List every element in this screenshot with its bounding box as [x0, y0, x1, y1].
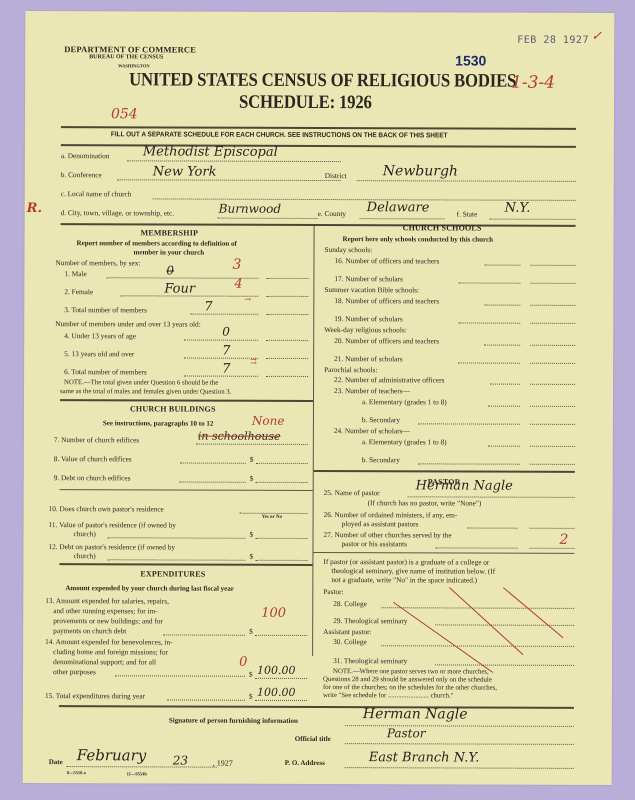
- under-13-label: 4. Under 13 years of age: [64, 331, 136, 340]
- dollar-sign: $: [249, 670, 253, 679]
- po-address-label: P. O. Address: [285, 759, 325, 768]
- signature-field[interactable]: Herman Nagle: [363, 706, 468, 722]
- q26-label-2: ployed as assistant pastors: [342, 519, 419, 528]
- schedule-year: SCHEDULE: 1926: [239, 92, 372, 114]
- total-expenditures-value[interactable]: 100.00: [257, 686, 296, 699]
- city-field[interactable]: Burnwood: [219, 202, 281, 216]
- membership-heading: MEMBERSHIP: [141, 228, 199, 237]
- q21-label: 21. Number of scholars: [334, 354, 403, 363]
- q23-label: 23. Number of teachers—: [334, 386, 410, 395]
- church-edifices-count[interactable]: in schoolhouse: [198, 430, 281, 443]
- church-edifices-debt-label: 9. Debt on church edifices: [54, 473, 131, 482]
- male-label: 1. Male: [64, 269, 86, 278]
- pastor-name-hint: (If church has no pastor, write "None"): [368, 498, 482, 507]
- expense-14-label-4: other purposes: [53, 667, 96, 676]
- q16-label: 16. Number of officers and teachers: [334, 256, 439, 265]
- census-schedule-form: DEPARTMENT OF COMMERCE BUREAU OF THE CEN…: [23, 11, 615, 785]
- q24b-label: b. Secondary: [362, 455, 400, 464]
- state-label: f. State: [457, 209, 478, 218]
- residence-debt-label-2: church): [73, 551, 95, 560]
- expense-13-label-4: payments on church debt: [53, 626, 126, 635]
- date-day-field[interactable]: 23: [173, 753, 188, 767]
- male-count[interactable]: 0: [166, 263, 174, 277]
- local-name-label: c. Local name of church: [61, 189, 132, 198]
- dollar-sign: $: [250, 474, 254, 483]
- expense-14-label-3: denominational support; and for all: [53, 657, 156, 666]
- yes-no-hint: Yes or No: [262, 515, 282, 520]
- church-schools-subtitle: Report here only schools conducted by th…: [343, 235, 493, 244]
- church-schools-heading: CHURCH SCHOOLS: [403, 223, 482, 232]
- over-13-count[interactable]: 7: [222, 344, 230, 359]
- total-age-mark: ⇉: [250, 357, 257, 366]
- female-count[interactable]: Four: [164, 281, 195, 296]
- total-members-count[interactable]: 7: [204, 300, 212, 315]
- q17-label: 17. Number of scholars: [334, 274, 403, 283]
- county-label: e. County: [318, 209, 346, 218]
- county-field[interactable]: Delaware: [367, 200, 430, 215]
- received-date-stamp: FEB 28 1927: [517, 35, 589, 46]
- form-title: UNITED STATES CENSUS OF RELIGIOUS BODIES: [129, 69, 516, 92]
- expenditures-heading: EXPENDITURES: [140, 569, 205, 578]
- over-13-label: 5. 13 years old and over: [64, 349, 134, 358]
- conference-label: b. Conference: [61, 170, 102, 179]
- q27-label: 27. Number of other churches served by t…: [324, 530, 452, 539]
- owns-residence-label: 10. Does church own pastor's residence: [49, 504, 164, 513]
- q24a-label: a. Elementary (grades 1 to 8): [362, 437, 447, 446]
- district-field[interactable]: Newburgh: [383, 163, 458, 179]
- pastor-note-4: write "See schedule for ................…: [323, 691, 454, 700]
- q27-label-2: pastor or his assistants: [341, 539, 406, 548]
- strike-lines: [353, 582, 593, 673]
- female-label: 2. Female: [64, 287, 93, 296]
- dollar-sign: $: [249, 627, 253, 636]
- q23b-label: b. Secondary: [362, 415, 400, 424]
- q22-label: 22. Number of administrative officers: [334, 375, 444, 384]
- residence-value-label: 11. Value of pastor's residence (if owne…: [49, 520, 176, 529]
- po-address-field[interactable]: East Branch N.Y.: [369, 750, 480, 765]
- church-edifices-count-label: 7. Number of church edifices: [54, 435, 139, 444]
- total-members-mark: →: [244, 295, 251, 304]
- state-field[interactable]: N.Y.: [505, 201, 531, 216]
- district-label: District: [325, 171, 347, 180]
- form-code-2: 11—9554b: [127, 771, 147, 776]
- expense-14-value[interactable]: 0: [239, 655, 247, 670]
- conference-field[interactable]: New York: [153, 164, 217, 179]
- total-members-age-label: 6. Total number of members: [64, 367, 147, 376]
- denomination-field[interactable]: Methodist Episcopal: [143, 144, 278, 159]
- dollar-sign: $: [250, 455, 254, 464]
- q20-label: 20. Number of officers and teachers: [334, 336, 439, 345]
- dollar-sign: $: [249, 692, 253, 701]
- parochial-schools-label: Parochial schools:: [324, 365, 377, 374]
- male-correction: 3: [232, 257, 241, 273]
- expense-13-label-3: provements or new buildings; and for: [53, 616, 163, 625]
- q24-label: 24. Number of scholars—: [334, 426, 410, 435]
- official-title-field[interactable]: Pastor: [387, 726, 426, 740]
- by-sex-label: Number of members, by sex:: [55, 258, 140, 267]
- by-age-label: Number of members under and over 13 year…: [55, 319, 201, 329]
- church-edifices-value-label: 8. Value of church edifices: [54, 454, 132, 463]
- pastor-sublabel: Pastor:: [323, 587, 343, 596]
- total-members-label: 3. Total number of members: [64, 305, 147, 314]
- dollar-sign: $: [249, 552, 253, 561]
- pastor-name-field[interactable]: Herman Nagle: [416, 478, 513, 493]
- expense-13-value[interactable]: 100: [261, 606, 286, 621]
- none-annotation: None: [252, 414, 285, 428]
- under-13-count[interactable]: 0: [222, 325, 230, 339]
- date-year: , 1927: [213, 759, 233, 768]
- instruction-banner: FILL OUT A SEPARATE SCHEDULE FOR EACH CH…: [111, 131, 448, 139]
- margin-mark: R.: [27, 201, 42, 216]
- file-number: 054: [111, 106, 138, 122]
- check-mark-icon: ✓: [591, 29, 602, 44]
- residence-debt-label: 12. Debt on pastor's residence (if owned…: [48, 542, 175, 551]
- dollar-sign: $: [250, 530, 254, 539]
- classification-code: 1-3-4: [511, 73, 555, 93]
- expense-13-label-2: and other running expenses; for im-: [53, 606, 157, 615]
- expenditures-subtitle: Amount expended by your church during la…: [65, 584, 234, 593]
- official-title-label: Official title: [295, 735, 331, 744]
- form-code: 8—5518 a: [67, 770, 86, 775]
- q19-label: 19. Number of scholars: [334, 314, 403, 323]
- q18-label: 18. Number of officers and teachers: [334, 296, 439, 305]
- female-correction: 4: [234, 277, 242, 292]
- church-buildings-subtitle: See instructions, paragraphs 10 to 12: [103, 419, 213, 427]
- membership-note-2: same as the total of males and females g…: [60, 387, 231, 397]
- membership-subtitle-2: member in your church: [133, 248, 204, 256]
- schedule-number-stamp: 1530: [455, 52, 486, 68]
- expense-14-total[interactable]: 100.00: [257, 664, 296, 677]
- location-label: WASHINGTON: [118, 63, 149, 68]
- date-month-field[interactable]: February: [77, 746, 147, 764]
- total-members-age-count[interactable]: 7: [222, 362, 230, 377]
- signature-label: Signature of person furnishing informati…: [169, 716, 298, 725]
- summer-schools-label: Summer vacation Bible schools:: [324, 285, 419, 294]
- membership-subtitle: Report number of members according to de…: [77, 239, 237, 248]
- expense-14-label: 14. Amount expended for benevolences, in…: [45, 637, 172, 646]
- total-expenditures-label: 15. Total expenditures during year: [45, 691, 145, 700]
- q26-label: 26. Number of ordained ministers, if any…: [324, 510, 458, 519]
- q23a-label: a. Elementary (grades 1 to 8): [362, 397, 447, 406]
- sunday-schools-label: Sunday schools:: [325, 245, 373, 254]
- weekday-schools-label: Week-day religious schools:: [324, 325, 407, 334]
- church-buildings-heading: CHURCH BUILDINGS: [130, 404, 216, 413]
- q27-value[interactable]: 2: [559, 532, 568, 548]
- residence-value-label-2: church): [74, 529, 96, 538]
- expense-13-label: 13. Amount expended for salaries, repair…: [45, 596, 169, 605]
- date-label: Date: [49, 758, 63, 767]
- pastor-name-label: 25. Name of pastor: [324, 488, 380, 497]
- expense-14-label-2: cluding home and foreign missions; for: [53, 647, 168, 656]
- department-label: DEPARTMENT OF COMMERCE: [64, 44, 196, 54]
- city-label: d. City, town, village, or township, etc…: [61, 208, 174, 217]
- bureau-label: BUREAU OF THE CENSUS: [89, 54, 163, 60]
- denomination-label: a. Denomination: [61, 151, 110, 160]
